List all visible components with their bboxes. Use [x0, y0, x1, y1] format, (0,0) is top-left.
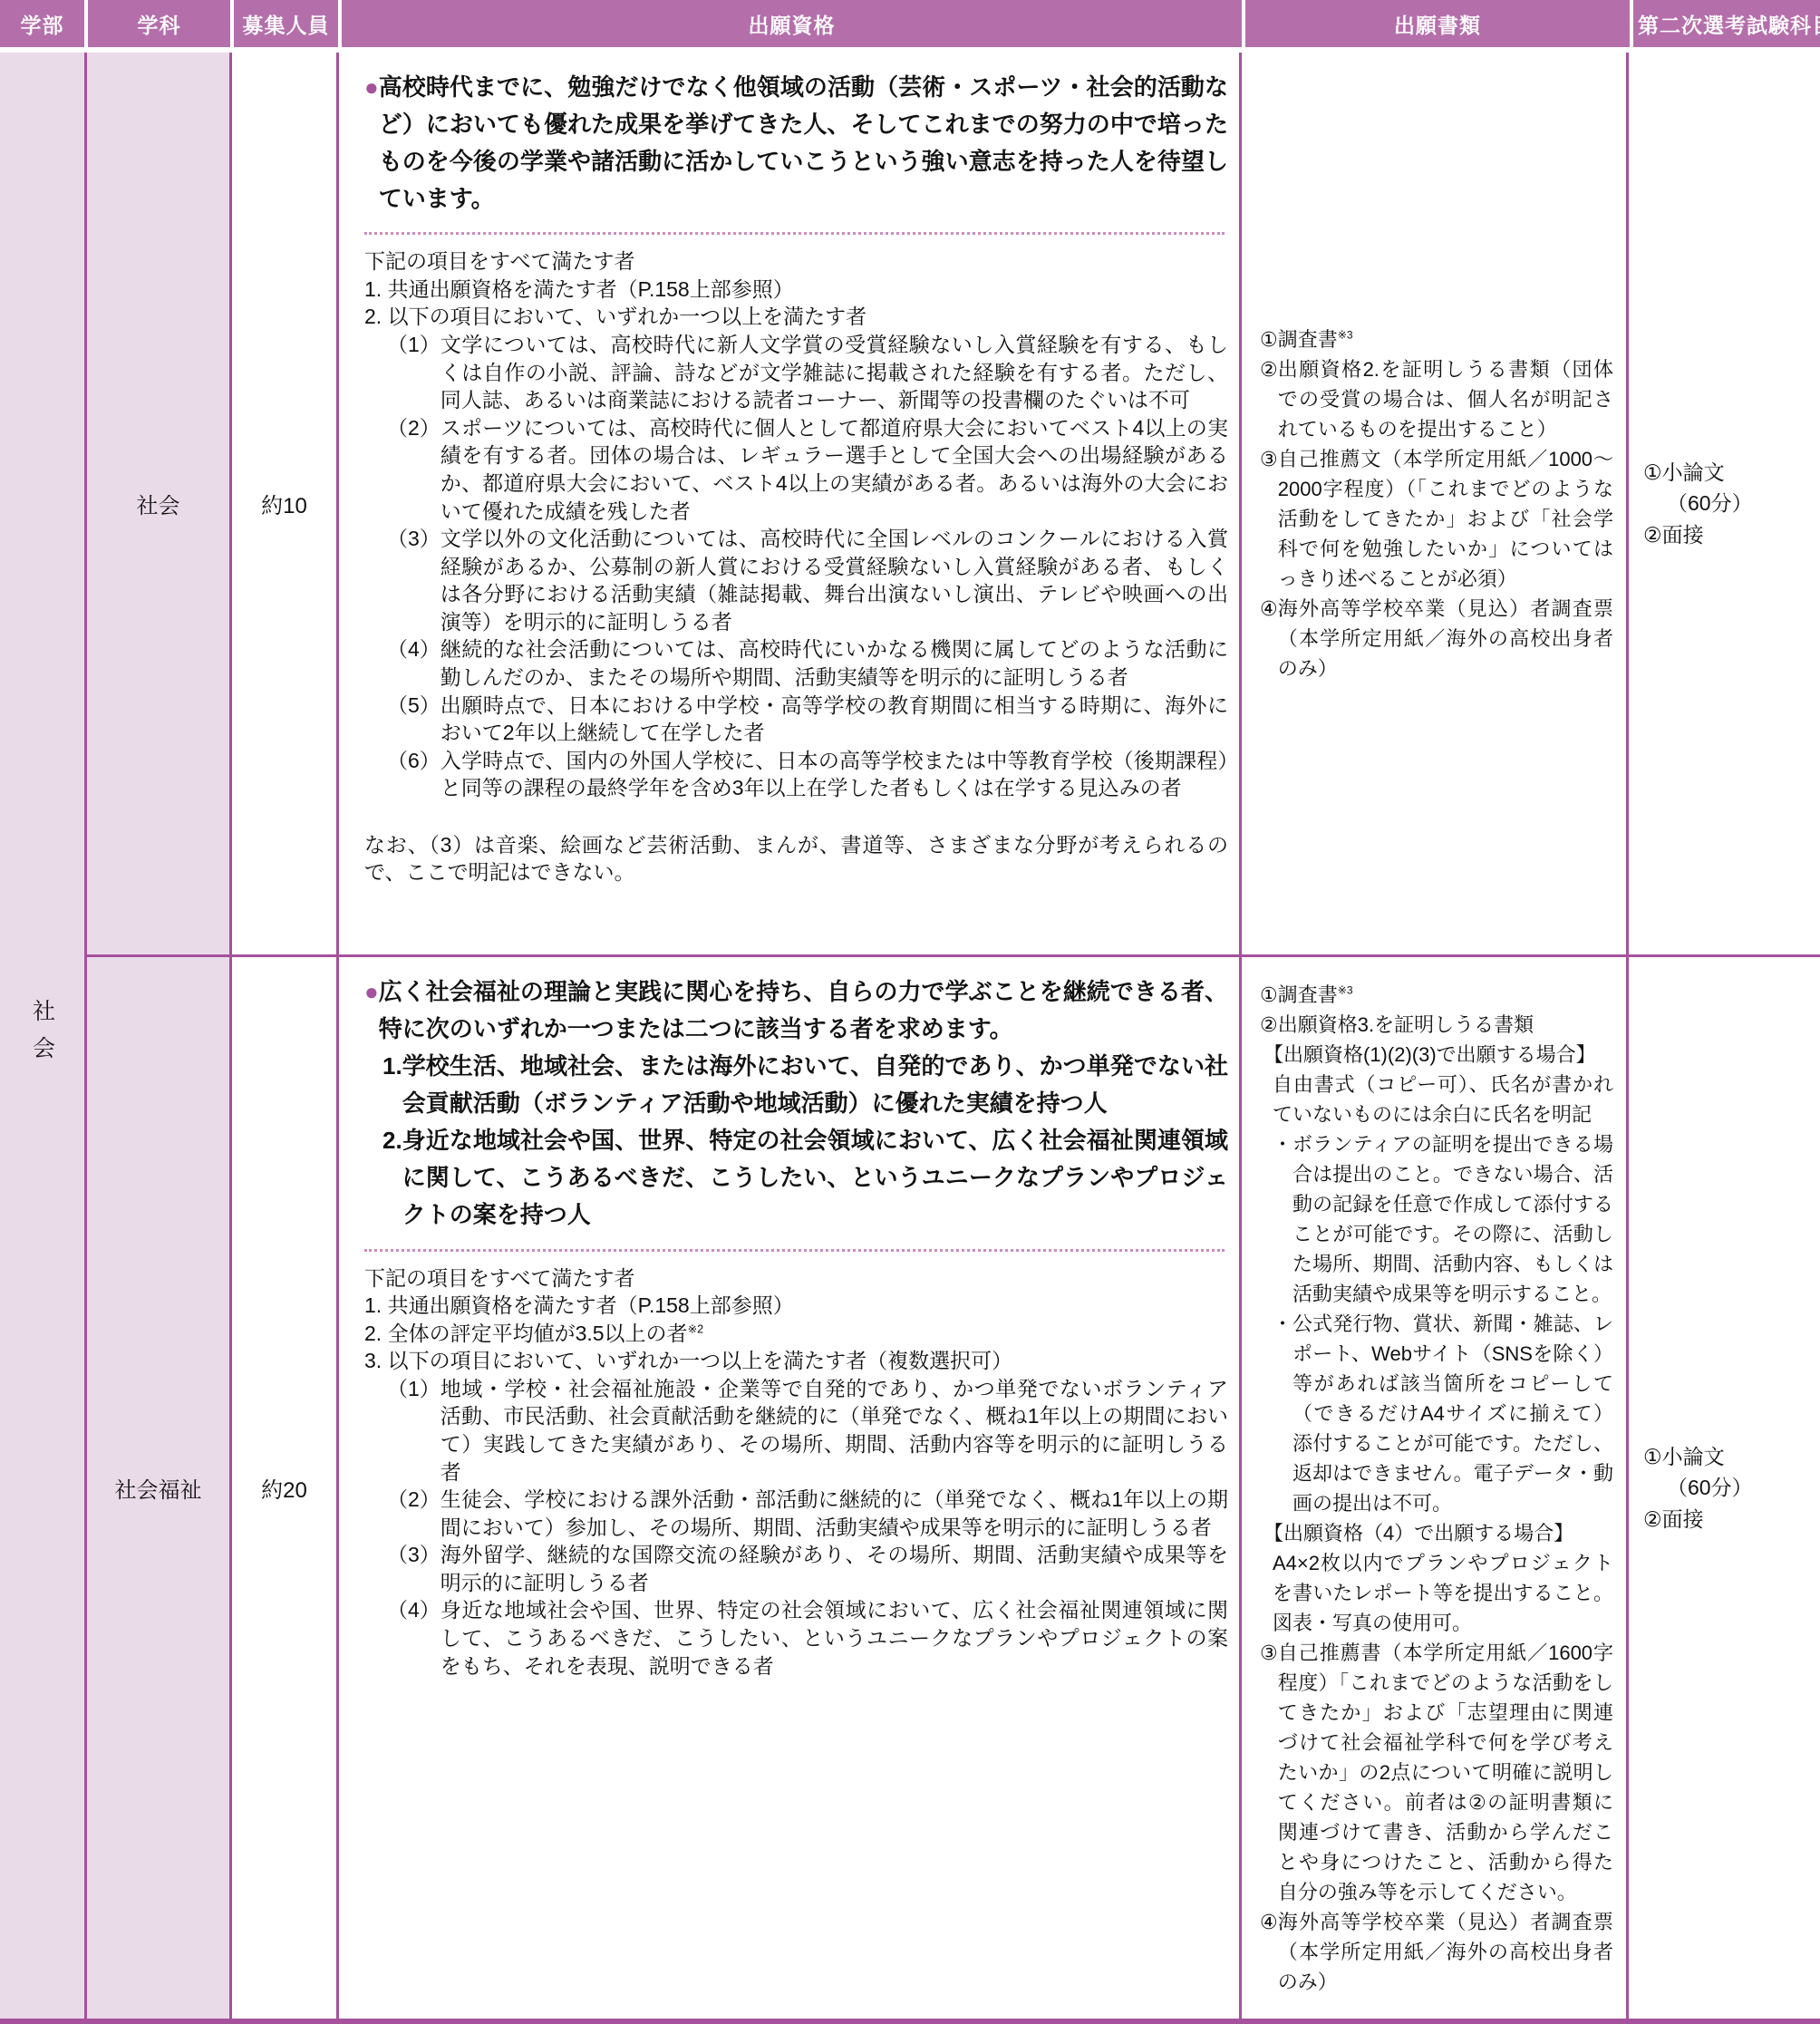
- list-marker: ①: [1643, 457, 1662, 489]
- text-line: 2. 全体の評定平均値が3.5以上の者※2: [364, 1320, 1228, 1348]
- line-text: 地域・学校・社会福祉施設・企業等で自発的であり、かつ単発でないボランティア活動、…: [440, 1375, 1228, 1486]
- list-marker: （5）: [387, 692, 440, 720]
- line-text: 【出願資格（4）で出願する場合】: [1263, 1518, 1613, 1548]
- text-line: 【出願資格(1)(2)(3)で出願する場合】: [1263, 1040, 1613, 1070]
- line-text: 出願資格2.を証明しうる書類（団体での受賞の場合は、個人名が明記されているものを…: [1278, 354, 1613, 444]
- line-text: 海外高等学校卒業（見込）者調査票（本学所定用紙／海外の高校出身者のみ）: [1278, 594, 1613, 683]
- text-line: 下記の項目をすべて満たす者: [364, 247, 1228, 276]
- text-line: ②面接: [1643, 1504, 1820, 1535]
- line-text: 学校生活、地域社会、または海外において、自発的であり、かつ単発でない社会貢献活動…: [402, 1048, 1228, 1122]
- bullet-icon: ●: [364, 973, 379, 1011]
- text-line: （60分）: [1667, 1472, 1820, 1504]
- dotted-divider: [364, 1249, 1225, 1252]
- line-text: 高校時代までに、勉強だけでなく他領域の活動（芸術・スポーツ・社会的活動など）にお…: [379, 69, 1228, 218]
- documents-cell: ①調査書※3②出願資格3.を証明しうる書類【出願資格(1)(2)(3)で出願する…: [1242, 957, 1626, 2019]
- faculty-label: 社会: [26, 999, 59, 1073]
- list-marker: 2.: [382, 1122, 402, 1159]
- text-line: 1.学校生活、地域社会、または海外において、自発的であり、かつ単発でない社会貢献…: [382, 1048, 1228, 1122]
- text-line: 1. 共通出願資格を満たす者（P.158上部参照）: [364, 276, 1228, 304]
- qualification-cell: ●広く社会福祉の理論と実践に関心を持ち、自らの力で学ぶことを継続できる者、特に次…: [339, 957, 1239, 2019]
- text-line: ④海外高等学校卒業（見込）者調査票（本学所定用紙／海外の高校出身者のみ）: [1260, 594, 1613, 683]
- line-text: 海外留学、継続的な国際交流の経験があり、その場所、期間、活動実績や成果等を明示的…: [440, 1541, 1228, 1596]
- list-marker: （2）: [387, 414, 440, 442]
- text-line: ●広く社会福祉の理論と実践に関心を持ち、自らの力で学ぶことを継続できる者、特に次…: [364, 973, 1228, 1048]
- qualification-cell: ●高校時代までに、勉強だけでなく他領域の活動（芸術・スポーツ・社会的活動など）に…: [339, 53, 1239, 954]
- qualification-items: 下記の項目をすべて満たす者1. 共通出願資格を満たす者（P.158上部参照）2.…: [364, 1264, 1228, 1680]
- line-text: 以下の項目において、いずれか一つ以上を満たす者（複数選択可）: [388, 1347, 1228, 1375]
- line-text: 以下の項目において、いずれか一つ以上を満たす者: [388, 303, 1228, 331]
- footnote-marker: ※2: [688, 1322, 704, 1335]
- line-text: 身近な地域社会や国、世界、特定の社会領域において、広く社会福祉関連領域に関して、…: [402, 1122, 1228, 1234]
- department-cell: 社会: [87, 53, 229, 954]
- line-text: 自由書式（コピー可）、氏名が書かれていないものには余白に氏名を明記: [1273, 1070, 1613, 1129]
- text-line: ①調査書※3: [1260, 980, 1613, 1010]
- column-header-faculty: 学部: [0, 0, 84, 47]
- line-text: （60分）: [1667, 488, 1820, 519]
- line-text: 出願資格3.を証明しうる書類: [1278, 1010, 1613, 1040]
- line-text: （60分）: [1667, 1472, 1820, 1504]
- text-line: （3）海外留学、継続的な国際交流の経験があり、その場所、期間、活動実績や成果等を…: [387, 1541, 1228, 1596]
- text-line: ③自己推薦文（本学所定用紙／1000～2000字程度）（「これまでどのような活動…: [1260, 444, 1613, 594]
- line-text: 全体の評定平均値が3.5以上の者※2: [388, 1320, 1228, 1348]
- list-marker: （3）: [387, 525, 440, 553]
- list-marker: （6）: [387, 747, 440, 775]
- department-cell: 社会福祉: [87, 957, 229, 2019]
- list-marker: （3）: [387, 1541, 440, 1569]
- qualification-intro: ●広く社会福祉の理論と実践に関心を持ち、自らの力で学ぶことを継続できる者、特に次…: [364, 973, 1228, 1235]
- text-line: （60分）: [1667, 488, 1820, 519]
- text-line: （4）身近な地域社会や国、世界、特定の社会領域において、広く社会福祉関連領域に関…: [387, 1596, 1228, 1680]
- text-line: ②面接: [1643, 519, 1820, 551]
- header-row: 学部 学科 募集人員 出願資格 出願書類 第二次選考試験科目: [0, 0, 1820, 47]
- text-line: （3）文学以外の文化活動については、高校時代に全国レベルのコンクールにおける入賞…: [387, 525, 1228, 635]
- list-marker: ①: [1260, 324, 1278, 354]
- line-text: 公式発行物、賞状、新聞・雑誌、レポート、Webサイト（SNSを除く）等があれば該…: [1292, 1309, 1613, 1518]
- admissions-table: 学部 学科 募集人員 出願資格 出願書類 第二次選考試験科目 社会 社会 約10…: [0, 0, 1820, 2024]
- line-text: 文学以外の文化活動については、高校時代に全国レベルのコンクールにおける入賞経験が…: [440, 525, 1228, 635]
- text-line: ④海外高等学校卒業（見込）者調査票（本学所定用紙／海外の高校出身者のみ）: [1260, 1907, 1613, 1997]
- list-marker: ④: [1260, 1907, 1278, 1937]
- list-marker: （4）: [387, 635, 440, 663]
- list-marker: （1）: [387, 331, 440, 359]
- text-line: （1）文学については、高校時代に新人文学賞の受賞経験ないし入賞経験を有する、もし…: [387, 331, 1228, 414]
- text-line: 【出願資格（4）で出願する場合】: [1263, 1518, 1613, 1548]
- list-marker: 2.: [364, 303, 388, 331]
- column-header-qualification: 出願資格: [342, 0, 1242, 47]
- list-marker: ③: [1260, 1638, 1278, 1668]
- line-text: 【出願資格(1)(2)(3)で出願する場合】: [1263, 1040, 1613, 1070]
- text-line: ・公式発行物、賞状、新聞・雑誌、レポート、Webサイト（SNSを除く）等があれば…: [1273, 1309, 1613, 1518]
- faculty-cell: 社会: [0, 53, 84, 2019]
- table-body: 社会 社会 約10 ●高校時代までに、勉強だけでなく他領域の活動（芸術・スポーツ…: [0, 53, 1820, 2024]
- line-text: 共通出願資格を満たす者（P.158上部参照）: [388, 276, 1228, 304]
- text-line: A4×2枚以内でプランやプロジェクトを書いたレポート等を提出すること。図表・写真…: [1273, 1548, 1613, 1638]
- exam-subjects-cell: ①小論文（60分）②面接: [1629, 957, 1820, 2019]
- line-text: 出願時点で、日本における中学校・高等学校の教育期間に相当する時期に、海外において…: [440, 692, 1228, 747]
- list-marker: ②: [1260, 1010, 1278, 1040]
- text-line: 自由書式（コピー可）、氏名が書かれていないものには余白に氏名を明記: [1273, 1070, 1613, 1129]
- list-marker: （1）: [387, 1375, 440, 1403]
- text-line: 2. 以下の項目において、いずれか一つ以上を満たす者: [364, 303, 1228, 331]
- text-line: ・ボランティアの証明を提出できる場合は提出のこと。できない場合、活動の記録を任意…: [1273, 1129, 1613, 1309]
- line-text: 生徒会、学校における課外活動・部活動に継続的に（単発でなく、概ね1年以上の期間に…: [440, 1486, 1228, 1541]
- column-header-exam: 第二次選考試験科目: [1633, 0, 1820, 47]
- list-marker: 1.: [364, 276, 388, 304]
- line-text: 小論文: [1662, 457, 1820, 489]
- text-line: ①小論文: [1643, 457, 1820, 489]
- text-line: （4）継続的な社会活動については、高校時代にいかなる機関に属してどのような活動に…: [387, 635, 1228, 691]
- text-line: 2.身近な地域社会や国、世界、特定の社会領域において、広く社会福祉関連領域に関し…: [382, 1122, 1228, 1234]
- list-marker: ④: [1260, 594, 1278, 624]
- footnote-marker: ※3: [1338, 328, 1353, 341]
- capacity-cell: 約10: [232, 53, 336, 954]
- line-text: 調査書※3: [1278, 324, 1613, 354]
- line-text: A4×2枚以内でプランやプロジェクトを書いたレポート等を提出すること。図表・写真…: [1273, 1548, 1613, 1638]
- line-text: 継続的な社会活動については、高校時代にいかなる機関に属してどのような活動に勤しん…: [440, 635, 1228, 691]
- line-text: 下記の項目をすべて満たす者: [364, 1264, 1228, 1293]
- text-line: ●高校時代までに、勉強だけでなく他領域の活動（芸術・スポーツ・社会的活動など）に…: [364, 69, 1228, 218]
- list-marker: ③: [1260, 444, 1278, 474]
- list-marker: ・: [1273, 1129, 1292, 1159]
- column-header-capacity: 募集人員: [234, 0, 338, 47]
- text-line: ①小論文: [1643, 1441, 1820, 1473]
- line-text: 自己推薦書（本学所定用紙／1600字程度）「これまでどのような活動をしてきたか」…: [1278, 1638, 1613, 1907]
- text-line: ②出願資格3.を証明しうる書類: [1260, 1010, 1613, 1040]
- list-marker: ・: [1273, 1309, 1292, 1339]
- list-marker: ①: [1260, 980, 1278, 1010]
- line-text: 下記の項目をすべて満たす者: [364, 247, 1228, 276]
- text-line: 下記の項目をすべて満たす者: [364, 1264, 1228, 1293]
- capacity-cell: 約20: [232, 957, 336, 2019]
- list-marker: 1.: [382, 1048, 402, 1085]
- column-header-department: 学科: [88, 0, 230, 47]
- list-marker: （2）: [387, 1486, 440, 1514]
- line-text: 海外高等学校卒業（見込）者調査票（本学所定用紙／海外の高校出身者のみ）: [1278, 1907, 1613, 1997]
- list-marker: 3.: [364, 1347, 388, 1375]
- line-text: 自己推薦文（本学所定用紙／1000～2000字程度）（「これまでどのような活動を…: [1278, 444, 1613, 594]
- list-marker: 1.: [364, 1292, 388, 1320]
- text-line: （1）地域・学校・社会福祉施設・企業等で自発的であり、かつ単発でないボランティア…: [387, 1375, 1228, 1486]
- line-text: 入学時点で、国内の外国人学校に、日本の高等学校または中等教育学校（後期課程）と同…: [440, 747, 1228, 802]
- text-line: （2）スポーツについては、高校時代に個人として都道府県大会においてベスト4以上の…: [387, 414, 1228, 525]
- line-text: 面接: [1662, 519, 1820, 551]
- list-marker: 2.: [364, 1320, 388, 1348]
- line-text: 面接: [1662, 1504, 1820, 1535]
- text-line: ①調査書※3: [1260, 324, 1613, 354]
- text-line: 1. 共通出願資格を満たす者（P.158上部参照）: [364, 1292, 1228, 1320]
- column-header-documents: 出願書類: [1245, 0, 1630, 47]
- exam-subjects-cell: ①小論文（60分）②面接: [1629, 53, 1820, 954]
- list-marker: ②: [1643, 1504, 1662, 1535]
- text-line: 3. 以下の項目において、いずれか一つ以上を満たす者（複数選択可）: [364, 1347, 1228, 1375]
- qualification-items: 下記の項目をすべて満たす者1. 共通出願資格を満たす者（P.158上部参照）2.…: [364, 247, 1228, 886]
- line-text: スポーツについては、高校時代に個人として都道府県大会においてベスト4以上の実績を…: [440, 414, 1228, 525]
- dotted-divider: [364, 232, 1225, 235]
- text-line: （6）入学時点で、国内の外国人学校に、日本の高等学校または中等教育学校（後期課程…: [387, 747, 1228, 802]
- list-marker: ②: [1260, 354, 1278, 384]
- list-marker: （4）: [387, 1596, 440, 1624]
- text-line: （2）生徒会、学校における課外活動・部活動に継続的に（単発でなく、概ね1年以上の…: [387, 1486, 1228, 1541]
- line-text: ボランティアの証明を提出できる場合は提出のこと。できない場合、活動の記録を任意で…: [1292, 1129, 1613, 1309]
- list-marker: ①: [1643, 1441, 1662, 1473]
- line-text: 広く社会福祉の理論と実践に関心を持ち、自らの力で学ぶことを継続できる者、特に次の…: [379, 973, 1228, 1048]
- text-line: （5）出願時点で、日本における中学校・高等学校の教育期間に相当する時期に、海外に…: [387, 692, 1228, 747]
- text-line: なお、（3）は音楽、絵画など芸術活動、まんが、書道等、さまざまな分野が考えられる…: [364, 831, 1228, 886]
- footnote-marker: ※3: [1338, 983, 1353, 996]
- line-text: 小論文: [1662, 1441, 1820, 1473]
- documents-cell: ①調査書※3②出願資格2.を証明しうる書類（団体での受賞の場合は、個人名が明記さ…: [1242, 53, 1626, 954]
- line-text: 共通出願資格を満たす者（P.158上部参照）: [388, 1292, 1228, 1320]
- line-text: 調査書※3: [1278, 980, 1613, 1010]
- text-line: ③自己推薦書（本学所定用紙／1600字程度）「これまでどのような活動をしてきたか…: [1260, 1638, 1613, 1907]
- text-line: ②出願資格2.を証明しうる書類（団体での受賞の場合は、個人名が明記されているもの…: [1260, 354, 1613, 444]
- line-text: 文学については、高校時代に新人文学賞の受賞経験ないし入賞経験を有する、もしくは自…: [440, 331, 1228, 414]
- bullet-icon: ●: [364, 69, 379, 106]
- line-text: なお、（3）は音楽、絵画など芸術活動、まんが、書道等、さまざまな分野が考えられる…: [364, 831, 1228, 886]
- qualification-intro: ●高校時代までに、勉強だけでなく他領域の活動（芸術・スポーツ・社会的活動など）に…: [364, 69, 1228, 218]
- line-text: 身近な地域社会や国、世界、特定の社会領域において、広く社会福祉関連領域に関して、…: [440, 1596, 1228, 1680]
- list-marker: ②: [1643, 519, 1662, 551]
